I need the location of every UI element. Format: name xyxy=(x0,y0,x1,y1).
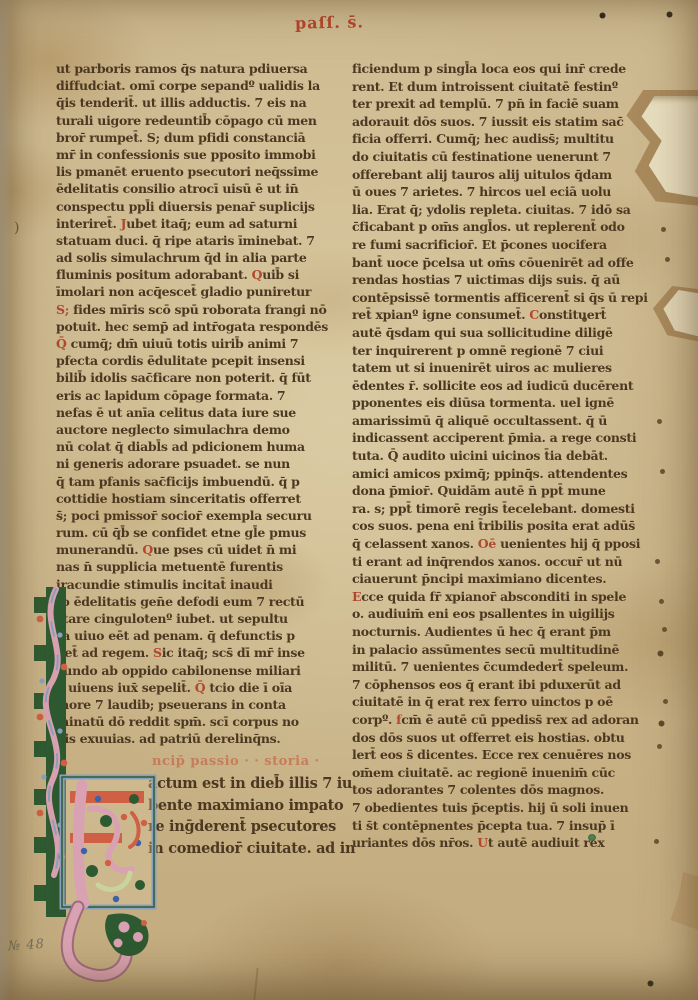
rubricated-capital: Q̄ xyxy=(195,680,206,695)
text-line: 7 obedientes tuis p̄ceptis. hij ū soli i… xyxy=(352,799,644,817)
text-line: nocturnis. Audientes ū hec q̄ erant p̄m xyxy=(352,623,644,641)
text-line: re inḡderent̄ psecutores xyxy=(148,816,343,838)
text-line: potuit. hec semp̄ ad intr̄ogata respondē… xyxy=(56,318,340,335)
text-line: ū oues 7 arietes. 7 hircos uel eciā uolu xyxy=(352,183,644,201)
text-line: Ecce quida fr̄ xpianor̄ absconditi in sp… xyxy=(352,588,644,606)
manuscript-leaf: paſſ. s̄. ut parboris ramos q̄s natura p… xyxy=(0,0,698,1000)
text-line: adorauit dōs suos. 7 iussit eis statim s… xyxy=(352,113,644,131)
text-line: bant̄ uoce p̄celsa ut om̄s cōuenirēt ad … xyxy=(352,254,644,272)
text-line: cottidie hostiam sinceritatis offerret xyxy=(56,490,340,507)
parchment-crease xyxy=(253,968,258,1000)
rubricated-capital: Q xyxy=(142,542,153,557)
text-line: rum. cū q̄b̄ se confidet etne gl̄e pmus xyxy=(56,524,340,541)
text-line: conspectu ppl̄i diuersis penar̄ suplicij… xyxy=(56,198,340,215)
text-line: ter inquirerent p omnē regionē 7 ciui xyxy=(352,342,644,360)
text-line: pponentes eis diūsa tormenta. uel ignē xyxy=(352,394,644,412)
text-line: q̄ tam pfanis sac̄ficijs imbuendū. q̄ p xyxy=(56,473,340,490)
text-line: c̄ficabant p om̄s angl̄os. ut replerent̄… xyxy=(352,218,644,236)
rubricated-capital: U xyxy=(477,835,488,850)
text-line: ficia offerri. Cumq̄; hec audiss̄; multi… xyxy=(352,130,644,148)
text-line: diffudciat. omī corpe sepandº ualidis la xyxy=(56,77,340,94)
text-line: in palacio assūmentes secū multitudinē xyxy=(352,641,644,659)
text-line: statuam duci. q̄ ripe ataris īminebat. 7 xyxy=(56,232,340,249)
text-line: īmolari non acq̄escet̄ gladio puniretur xyxy=(56,283,340,300)
text-line: S; fides mīris scō spū roborata frangi n… xyxy=(56,301,340,318)
text-line: ciuitatē in q̄ erat rex ferro uinctos p … xyxy=(352,693,644,711)
text-line: dos dōs suos ut offerret eis hostias. ob… xyxy=(352,729,644,747)
text-line: ut parboris ramos q̄s natura pdiuersa xyxy=(56,60,340,77)
worm-holes xyxy=(0,0,3,3)
text-line: mr̄ in confessionis sue pposito immobi xyxy=(56,146,340,163)
rubricated-capital: Q̄ xyxy=(56,336,67,351)
text-line: amici amicos pximq̄; ppinq̄s. attendente… xyxy=(352,465,644,483)
text-line: turali uigore redeuntib̄ cōpago cū men xyxy=(56,112,340,129)
text-line: amarissimū q̄ aliquē occultassent. q̄ ū xyxy=(352,412,644,430)
text-line: re fumi sacrificior̄. Et p̄cones uocifer… xyxy=(352,236,644,254)
text-line: ficiendum p singl̄a loca eos qui inr̄ cr… xyxy=(352,60,644,78)
incipit-rubric-line: ncip̄ passio · · storia · xyxy=(152,754,320,769)
text-line: q̄ celassent xanos. Oē uenientes hij q̄ … xyxy=(352,535,644,553)
text-line: bente maximiano impato xyxy=(148,795,343,817)
text-line: rendas hostias 7 uictimas dijs suis. q̄ … xyxy=(352,271,644,289)
text-line: corpº. fcm̄ ē autē cū ppediss̄ rex ad ad… xyxy=(352,711,644,729)
margin-mark: ) xyxy=(14,220,19,236)
rubricated-capital: Q xyxy=(252,267,263,282)
leaf-left-edge xyxy=(0,0,11,1000)
parchment-stain-lower-right xyxy=(662,872,698,932)
text-line: ciauerunt p̄ncipi maximiano dicentes. xyxy=(352,570,644,588)
text-line: lert̄ eos s̄ dicentes. Ecce rex cenuēres… xyxy=(352,746,644,764)
text-line: pfecta cordis ēdulitate pcepit insensi xyxy=(56,352,340,369)
text-line: rent. Et dum introissent ciuitatē festin… xyxy=(352,78,644,96)
rubricated-capital: C xyxy=(529,307,539,322)
text-line: cos suos. pena eni t̄ribilis posita erat… xyxy=(352,517,644,535)
text-line: ti s̄t contēpnentes p̄cepta tua. 7 insup… xyxy=(352,817,644,835)
text-line: contēpsissē tormentis afficerent̄ si q̄s… xyxy=(352,289,644,307)
running-header-rubric: paſſ. s̄. xyxy=(295,12,364,32)
text-line: om̄em ciuitatē. ac regionē inuenim̄ cūc xyxy=(352,764,644,782)
text-line: fluminis positum adorabant. Quib̄ si xyxy=(56,266,340,283)
text-line: ti erant ad inq̄rendos xanos. occur̄ ut … xyxy=(352,553,644,571)
text-line: ēdentes r̄. sollicite eos ad iudicū ducē… xyxy=(352,377,644,395)
text-line: ter prexit ad templū. 7 pn̄ in faciē sua… xyxy=(352,95,644,113)
text-line: offerebant alij tauros alij uitulos q̄da… xyxy=(352,166,644,184)
text-line: lia. Erat q̄; ydolis repleta. ciuitas. 7… xyxy=(352,201,644,219)
text-line: lis pmanēt eruento psecutori neq̄ssime xyxy=(56,163,340,180)
text-line: nas n̄ supplicia metuentē furentis xyxy=(56,558,340,575)
text-line: Q̄ cumq̄; dm̄ uiuū totis uirib̄ animi 7 xyxy=(56,335,340,352)
rubricated-capital: S; xyxy=(56,302,69,317)
text-line: indicassent acciperent p̄mia. a rege con… xyxy=(352,429,644,447)
text-line: ret̄ xpianº igne consumet̄. Constituert̄ xyxy=(352,306,644,324)
text-line: uriantes dōs nr̄os. Ut autē audiuit rex xyxy=(352,834,644,852)
illuminated-initial-F xyxy=(20,585,165,985)
rubricated-capital: Oē xyxy=(478,536,496,551)
text-line: actum est in dieb̄ illis 7 iu xyxy=(148,773,343,795)
text-line: do ciuitatis cū festinatione uenerunt 7 xyxy=(352,148,644,166)
text-line: in comedior̄ ciuitate. ad in xyxy=(148,838,343,860)
text-line: militū. 7 uenientes c̄cumdedert̄ speleum… xyxy=(352,658,644,676)
text-line: tos adorantes 7 colentes dōs magnos. xyxy=(352,781,644,799)
text-line: ni generis adorare psuadet. se nun xyxy=(56,455,340,472)
text-line: o. audiuim̄ eni eos psallentes in uigili… xyxy=(352,605,644,623)
text-line: bror̄ rumpet̄. S; dum pfidi constanciā xyxy=(56,129,340,146)
text-line: autē q̄sdam qui sua sollicitudine diligē xyxy=(352,324,644,342)
text-line: ad solis simulachrum q̄d in alia parte xyxy=(56,249,340,266)
text-line: dona p̄mior̄. Quidām autē n̄ ppt̄ mune xyxy=(352,482,644,500)
text-column-right: ficiendum p singl̄a loca eos qui inr̄ cr… xyxy=(352,60,644,852)
text-line: ra. s; ppt̄ timorē regis t̄ecelebant. do… xyxy=(352,500,644,518)
text-line: s̄; poci pmissor̄ socior̄ exempla securu xyxy=(56,507,340,524)
text-line: ēdelitatis consilio atrocī uisū ē ut in̄ xyxy=(56,180,340,197)
text-line: tuta. Q̄ audito uicini uicinos t̄ia debā… xyxy=(352,447,644,465)
pencil-shelfmark: № 48 xyxy=(8,937,46,955)
text-line: q̄is tenderit̄. ut illis adductis. 7 eis… xyxy=(56,94,340,111)
text-line: eris ac lapidum cōpage formata. 7 xyxy=(56,387,340,404)
text-line: auctore neglecto simulachra demo xyxy=(56,421,340,438)
text-line: tatem ut si inuenirēt uiros ac mulieres xyxy=(352,359,644,377)
text-line: munerandū. Que pses cū uidet n̄ mi xyxy=(56,541,340,558)
text-block-beside-initial: actum est in dieb̄ illis 7 iubente maxim… xyxy=(148,773,343,859)
text-line: nū colat q̄ diabl̄s ad pdicionem huma xyxy=(56,438,340,455)
text-line: 7 cōphensos eos q̄ erant ibi pduxerūt ad xyxy=(352,676,644,694)
rubricated-capital: E xyxy=(352,589,361,604)
text-line: nefas ē ut anīa celitus data iure sue xyxy=(56,404,340,421)
text-line: bilib̄ idolis sac̄ficare non poterit. q̄… xyxy=(56,369,340,386)
text-line: interiret̄. Jubet itaq̄; eum ad saturni xyxy=(56,215,340,232)
